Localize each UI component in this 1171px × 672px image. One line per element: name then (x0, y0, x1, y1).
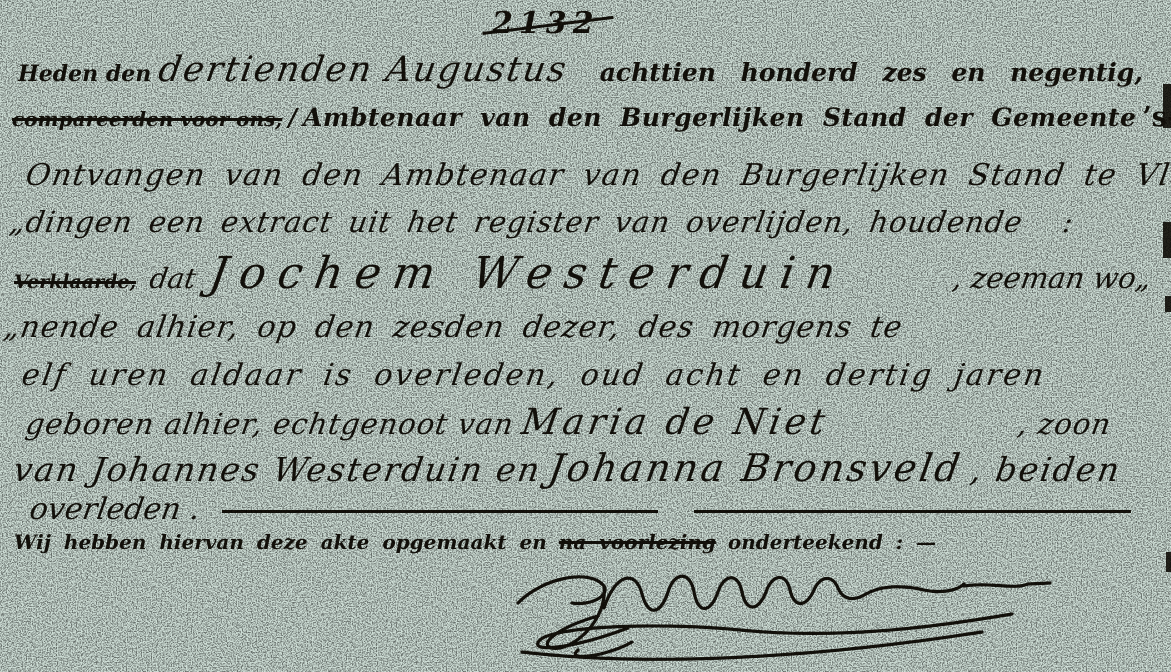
text-segment: compareerden voor ons, (12, 107, 282, 131)
document-line: „dingen een extract uit het register van… (10, 205, 1031, 239)
text-segment: , zoon (1015, 407, 1114, 441)
text-segment: dertienden Augustus (156, 50, 571, 90)
text-segment: Heden den (18, 61, 151, 87)
filler-rule (222, 510, 659, 513)
text-segment: Maria de Niet (519, 402, 832, 443)
act-number: 2132 (492, 6, 600, 41)
text-segment: overleden . (27, 492, 202, 527)
official-signature (512, 556, 1060, 670)
text-segment: Verklaarde, (14, 271, 136, 293)
text-segment: , zeeman wo„ (950, 261, 1153, 295)
text-segment: Jochem Westerduin (206, 248, 851, 299)
document-line: van Johannes Westerduin enJohanna Bronsv… (14, 446, 1135, 490)
scan-artifact (1163, 222, 1171, 258)
document-line: Ontvangen van den Ambtenaar van den Burg… (26, 158, 1171, 193)
text-segment: Johanna Bronsveld (546, 446, 966, 490)
document-line: Verklaarde,datJochem Westerduin, zeeman … (14, 248, 1151, 299)
document-line: geboren alhier, echtgenoot vanMaria de N… (26, 402, 1111, 443)
scan-artifact (1163, 84, 1171, 128)
text-segment: achttien honderd zes en negentig, (600, 58, 1143, 87)
text-segment: dat (147, 262, 198, 295)
document-line: Heden dendertienden Augustusachttien hon… (18, 50, 1143, 90)
text-segment: van Johannes Westerduin en (11, 450, 544, 489)
text-segment: elf uren aldaar is overleden, oud acht e… (19, 358, 1048, 393)
text-segment: Ambtenaar van den Burgerlijken Stand der… (303, 103, 1136, 132)
document-line: overleden . (30, 492, 1145, 527)
text-segment: , beiden (967, 450, 1123, 489)
text-segment: / (288, 103, 297, 132)
text-segment: Wij hebben hiervan deze akte opgemaakt e… (14, 530, 547, 554)
filler-rule (694, 510, 1131, 513)
text-segment: onderteekend : — (728, 530, 936, 554)
scan-artifact (1165, 296, 1171, 312)
document-line: compareerden voor ons,/Ambtenaar van den… (12, 102, 1165, 133)
text-segment: na voorlezing (559, 530, 716, 554)
document-line: elf uren aldaar is overleden, oud acht e… (22, 358, 1046, 393)
death-record-extract-page: 2132 Heden dendertienden Augustusachttie… (0, 0, 1171, 672)
text-segment: geboren alhier, echtgenoot van (23, 407, 516, 441)
text-segment: „dingen een extract uit het register van… (7, 205, 1025, 239)
document-line: „nende alhier, op den zesden dezer, des … (4, 310, 902, 345)
document-line: Wij hebben hiervan deze akte opgemaakt e… (14, 530, 1003, 554)
text-segment: Ontvangen van den Ambtenaar van den Burg… (23, 158, 1171, 193)
text-segment: : (1060, 205, 1076, 239)
scan-artifact (1166, 552, 1171, 572)
text-segment: „nende alhier, op den zesden dezer, des … (1, 310, 905, 345)
